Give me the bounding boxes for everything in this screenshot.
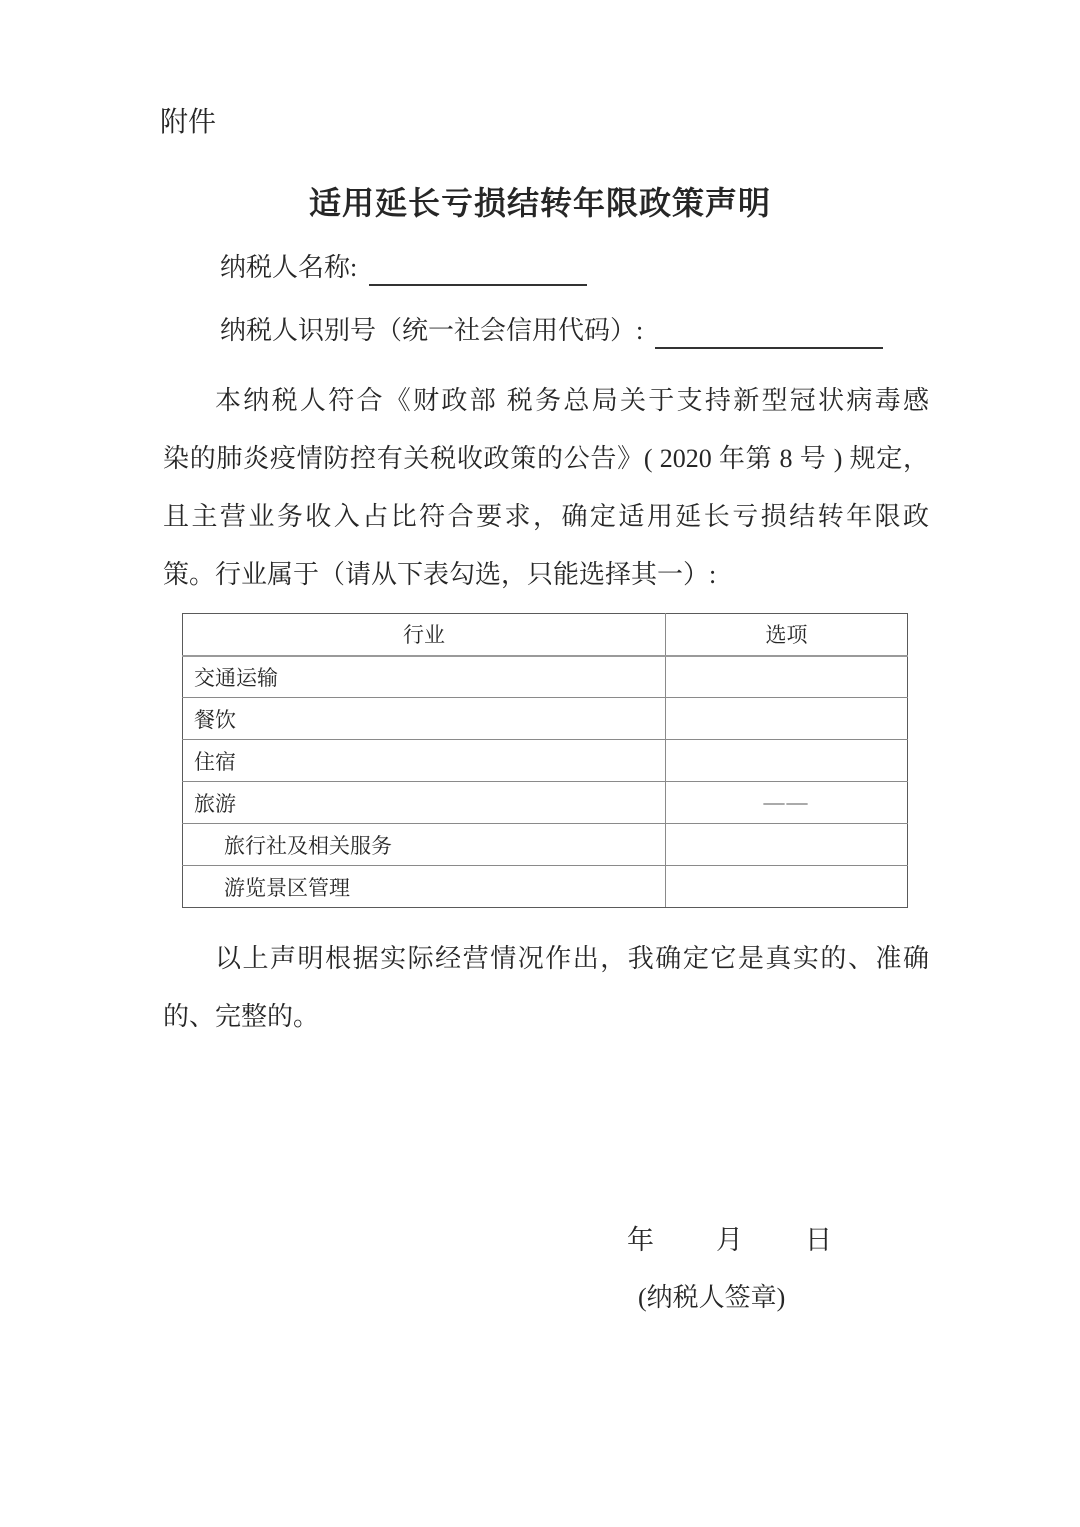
table-header-row: 行业 选项 [183, 614, 908, 656]
industry-cell: 餐饮 [183, 698, 666, 740]
industry-cell: 旅游 [183, 782, 666, 824]
option-column-header: 选项 [666, 614, 908, 656]
declaration-line: 且主营业务收入占比符合要求，确定适用延长亏损结转年限政 [163, 488, 929, 546]
date-year-label: 年 [627, 1222, 654, 1258]
table-row-catering: 餐饮 [183, 698, 908, 740]
industry-cell: 住宿 [183, 740, 666, 782]
date-line: 年 月 日 [627, 1222, 832, 1258]
closing-line: 的、完整的。 [163, 988, 929, 1046]
declaration-line: 本纳税人符合《财政部 税务总局关于支持新型冠状病毒感 [163, 372, 929, 430]
date-month-label: 月 [716, 1222, 743, 1258]
option-cell[interactable] [666, 656, 908, 698]
option-cell[interactable] [666, 824, 908, 866]
page-title: 适用延长亏损结转年限政策声明 [0, 178, 1080, 224]
option-cell[interactable] [666, 740, 908, 782]
industry-cell: 交通运输 [183, 656, 666, 698]
taxpayer-id-label: 纳税人识别号（统一社会信用代码）: [220, 316, 643, 345]
taxpayer-id-blank[interactable] [655, 317, 883, 349]
declaration-line: 染的肺炎疫情防控有关税收政策的公告》( 2020 年第 8 号 ) 规定， [163, 430, 929, 488]
option-cell[interactable] [666, 698, 908, 740]
option-cell[interactable] [666, 866, 908, 908]
declaration-line: 策。行业属于（请从下表勾选，只能选择其一）: [163, 546, 929, 604]
closing-paragraph: 以上声明根据实际经营情况作出，我确定它是真实的、准确 的、完整的。 [163, 930, 929, 1046]
closing-line: 以上声明根据实际经营情况作出，我确定它是真实的、准确 [163, 930, 929, 988]
industry-table: 行业 选项 交通运输 餐饮 住宿 旅游 —— 旅行社及相关服务 [182, 613, 908, 908]
taxpayer-name-blank[interactable] [369, 254, 587, 286]
table-row-tourism: 旅游 —— [183, 782, 908, 824]
option-cell[interactable]: —— [666, 782, 908, 824]
taxpayer-name-label: 纳税人名称: [220, 253, 357, 282]
table-row-scenic-area: 游览景区管理 [183, 866, 908, 908]
table-row-transport: 交通运输 [183, 656, 908, 698]
industry-column-header: 行业 [183, 614, 666, 656]
taxpayer-name-field: 纳税人名称: [220, 250, 587, 286]
attachment-label: 附件 [160, 106, 216, 140]
table-row-travel-agency: 旅行社及相关服务 [183, 824, 908, 866]
taxpayer-id-field: 纳税人识别号（统一社会信用代码）: [220, 313, 883, 349]
declaration-paragraph: 本纳税人符合《财政部 税务总局关于支持新型冠状病毒感 染的肺炎疫情防控有关税收政… [163, 372, 929, 604]
document-page: 附件 适用延长亏损结转年限政策声明 纳税人名称: 纳税人识别号（统一社会信用代码… [0, 0, 1080, 1527]
taxpayer-signature-label: (纳税人签章) [638, 1280, 785, 1316]
industry-cell: 游览景区管理 [183, 866, 666, 908]
industry-cell: 旅行社及相关服务 [183, 824, 666, 866]
date-day-label: 日 [805, 1222, 832, 1258]
table-row-accommodation: 住宿 [183, 740, 908, 782]
